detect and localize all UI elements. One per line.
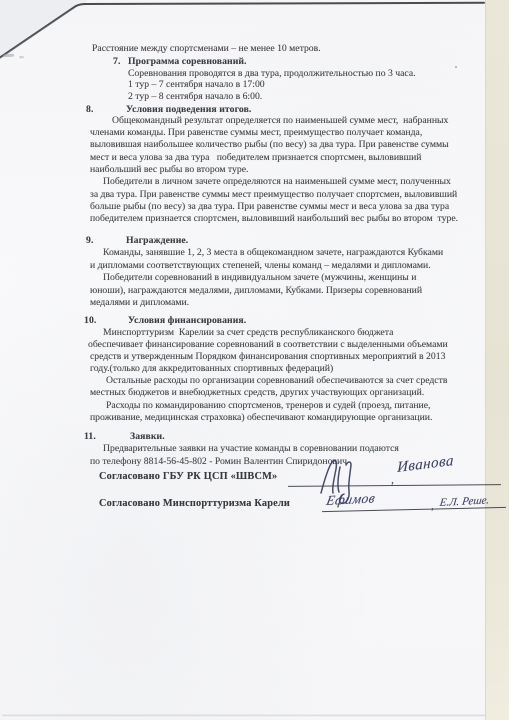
corner-crease-line [0,10,72,59]
text-line: членами команды. При равенстве суммы мес… [90,127,422,139]
text-line: и дипломами соответствующих степеней, чл… [90,260,431,272]
text-line: Предварительные заявки на участие команд… [103,443,399,455]
text-line: Победители соревнований в индивидуальном… [103,272,416,284]
text-line: юноши), награждаются медалями, дипломами… [90,285,422,297]
section-11-title: Заявки. [130,431,165,443]
handwritten-name-1: Иванова [397,453,454,477]
section-10-title: Условия финансирования. [128,315,246,327]
text-line: больше рыбы (по весу) за два тура. При р… [90,201,449,213]
scanner-lid-corner [0,0,86,58]
text-line: мест и веса улова за два тура победителе… [90,152,421,164]
ink-comma-mark: , [391,472,394,487]
text-line: по телефону 8814-56-45-802 - Ромин Вален… [90,456,347,468]
text-line: 1 тур – 7 сентября начало в 17:00 [128,79,265,91]
scan-smudge [3,54,14,58]
approval-line-1-label: Согласовано ГБУ РК ЦСП «ШВСМ» [99,470,277,483]
text-line: году.(только для аккредитованных спортив… [90,363,333,375]
page-bottom-edge [2,715,494,717]
text-line: Остальные расходы по организации соревно… [106,375,447,387]
scanner-background-strip [485,0,509,720]
signature-line-1 [288,484,501,487]
section-8-number: 8. [86,104,93,116]
handwritten-name-2: Ефимов [325,490,377,509]
signature-line-2 [322,507,506,513]
text-line: Общекомандный результат определяется по … [112,115,448,127]
text-line: медалями и дипломами. [90,297,189,309]
section-11-number: 11. [84,431,96,443]
text-line: Победители в личном зачете определяются … [103,176,451,188]
text-line: Расходы по командированию спортсменов, т… [106,400,430,412]
text-line: победителем признается спортсмен, вылови… [90,213,458,225]
scan-dot [455,66,457,68]
text-line: местных бюджетов и внебюджетных средств,… [90,387,424,399]
section-7-title: Программа соревнований. [128,56,247,68]
text-line: Расстояние между спортсменами – не менее… [92,43,321,55]
text-line: проживание, медицинская страховка) обесп… [90,412,432,424]
section-10-number: 10. [84,315,96,327]
ink-comma-mark: , [431,498,434,513]
text-line: средств и утвержденным Порядком финансир… [90,351,445,363]
section-7-number: 7. [113,56,120,68]
section-9-number: 9. [86,235,93,247]
text-line: наибольший вес рыбы во втором туре. [90,164,248,176]
section-9-title: Награждение. [126,235,188,247]
scan-smudge-small [19,56,24,58]
text-line: обеспечивает финансирование соревнований… [88,339,448,351]
scanned-document-page: Расстояние между спортсменами – не менее… [0,0,509,720]
text-line: 2 тур – 8 сентября начало в 6:00. [128,91,262,103]
approval-line-2-label: Согласовано Минспорттуризма Карели [99,497,290,510]
text-line: выловившая наибольшее количество рыбы (п… [90,139,449,151]
text-line: за два тура. При равенстве суммы мест пр… [90,189,457,201]
text-line: Команды, занявшие 1, 2, 3 места в общеко… [103,247,443,259]
text-line: Минспорттуризм Карелии за счет средств р… [103,327,393,339]
